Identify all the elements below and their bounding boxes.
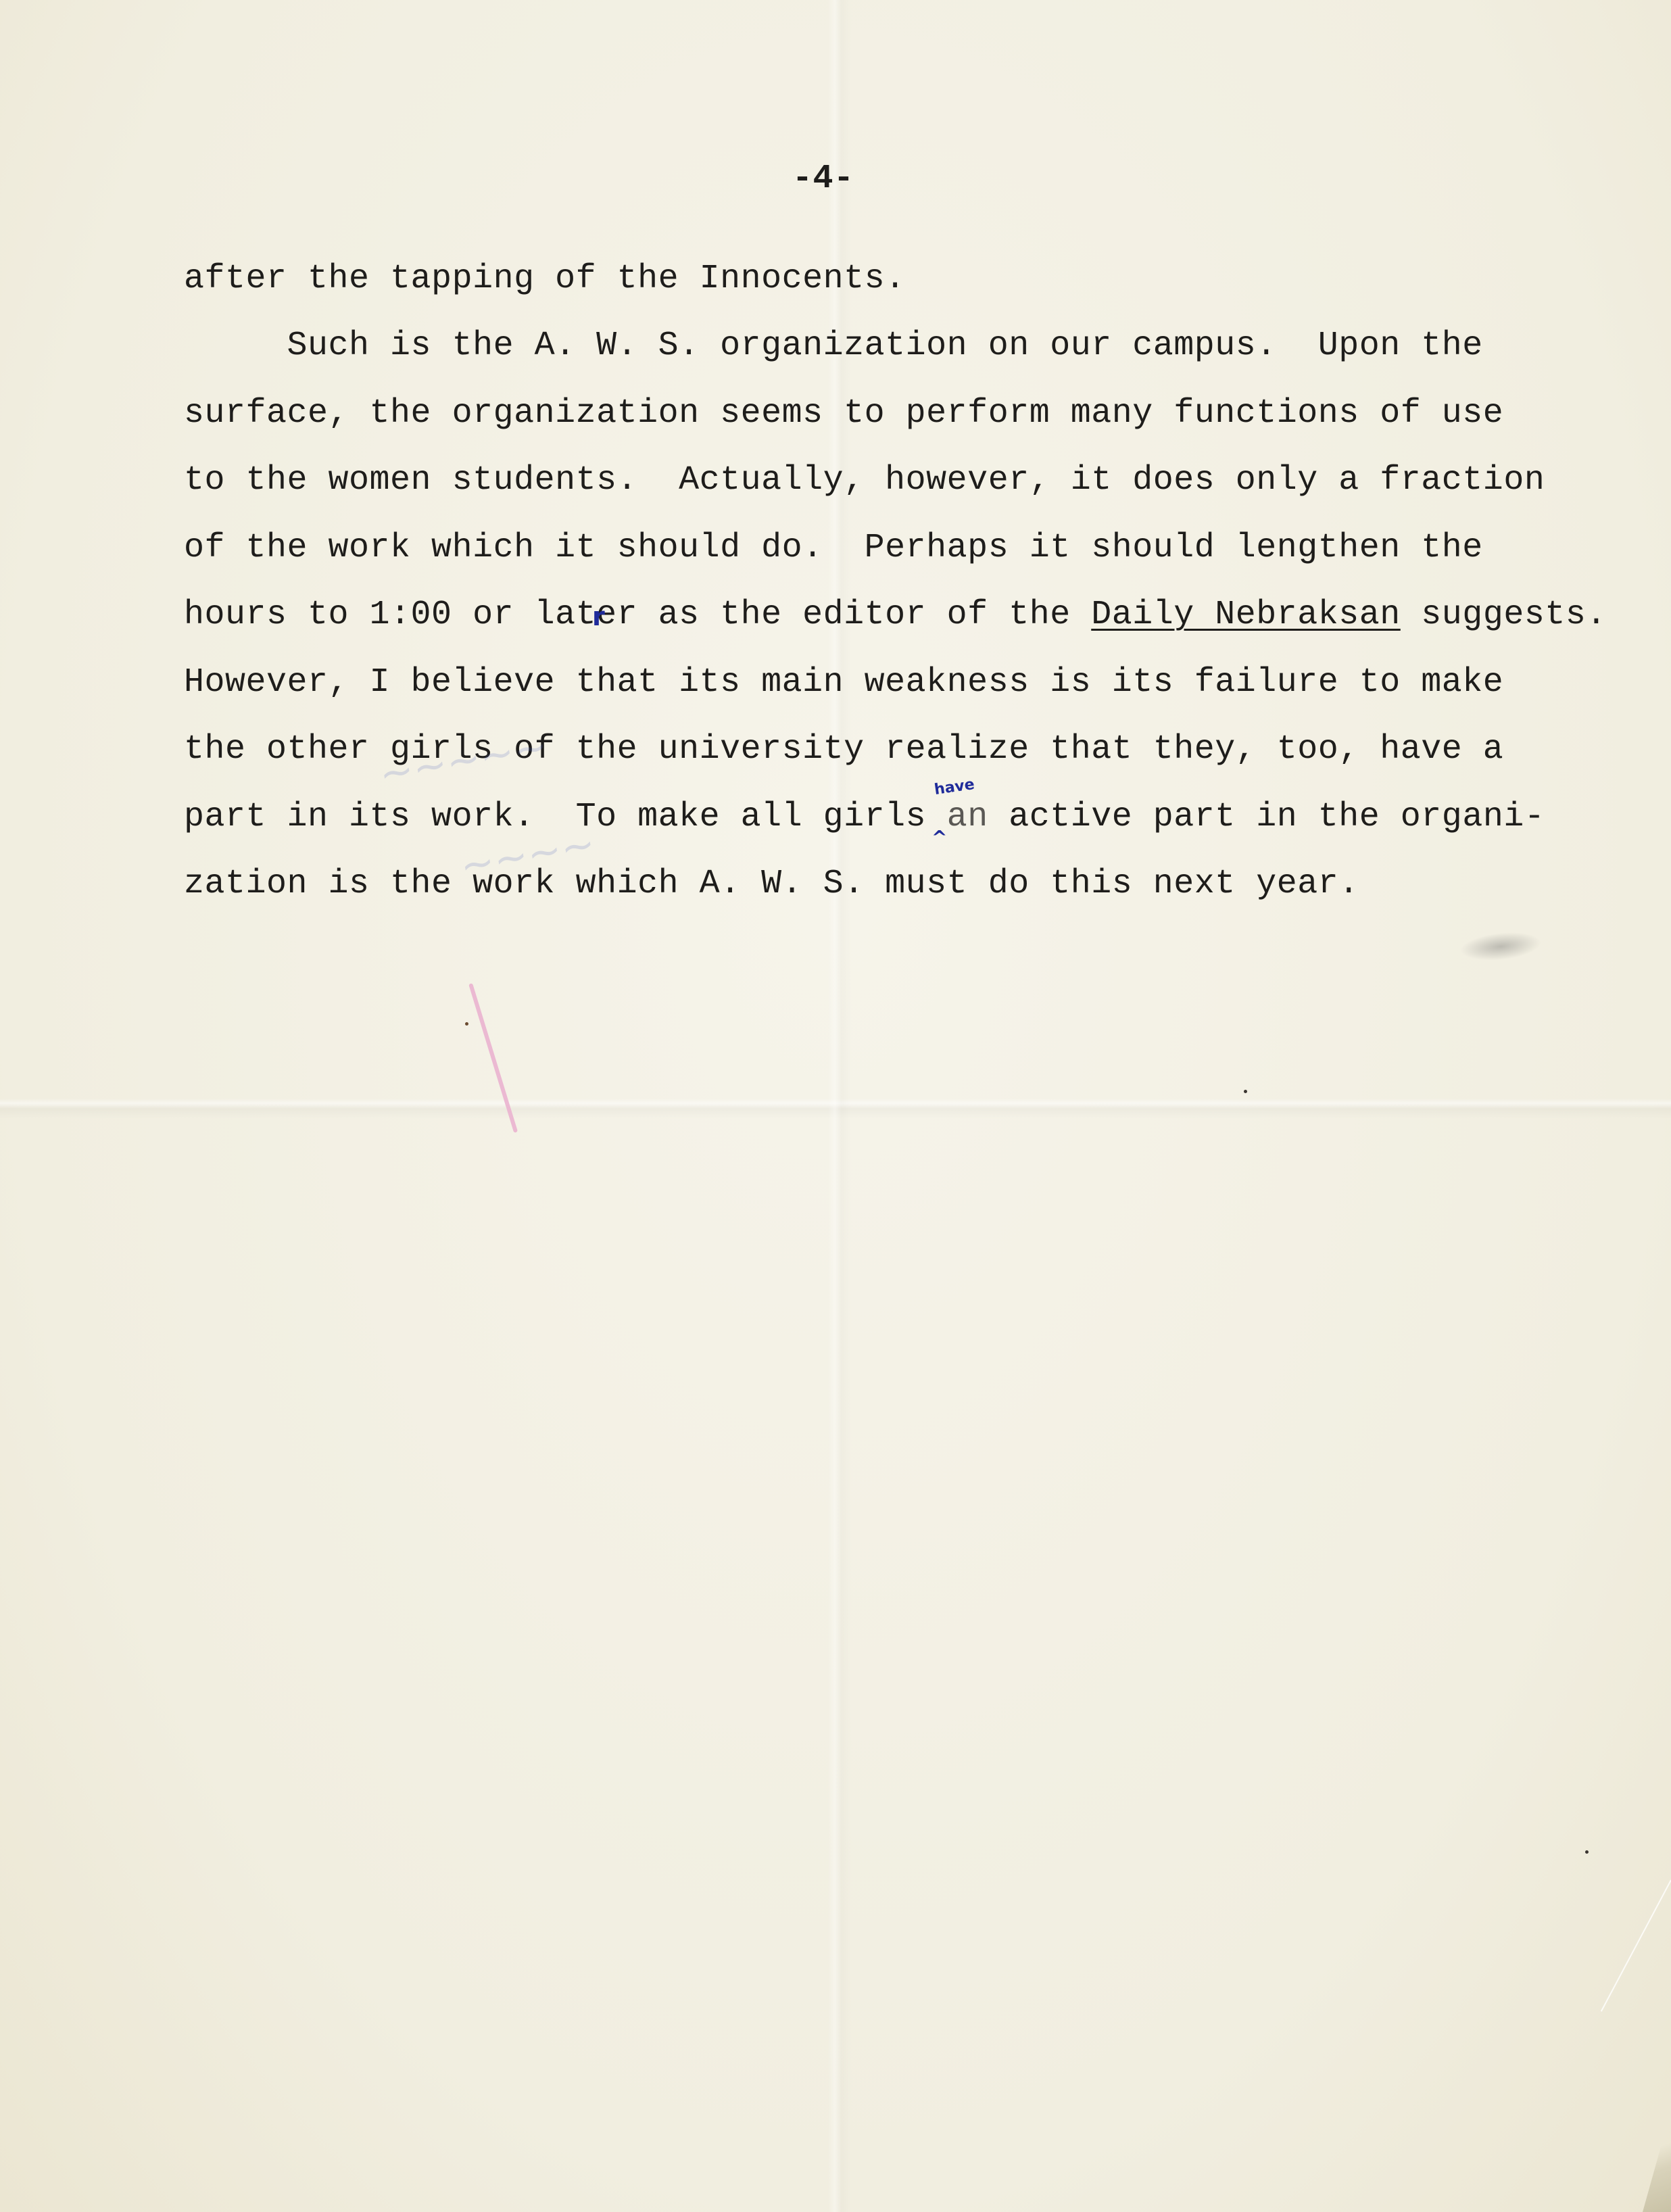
text-line-3: surface, the organization seems to perfo… [184, 397, 1503, 431]
struck-word: an [947, 798, 988, 836]
paper-speck [465, 1022, 468, 1026]
paper-speck [1244, 1090, 1247, 1093]
page-number: -4- [792, 162, 854, 196]
letter-page: -4- after the tapping of the Innocents. … [0, 0, 1671, 2212]
text-line-9: part in its work. To make all girls an a… [184, 800, 1545, 834]
corner-curl [1630, 2111, 1671, 2212]
pink-pencil-mark [468, 983, 518, 1133]
text-line-6: hours to 1:00 or later as the editor of … [184, 598, 1607, 632]
paper-speck [1585, 1850, 1589, 1854]
text-line-5: of the work which it should do. Perhaps … [184, 531, 1483, 565]
pencil-smudge [1459, 929, 1543, 964]
corner-fold-line [1601, 1880, 1671, 2012]
insert-caret-mark: ^ [931, 826, 947, 848]
text-line-2: Such is the A. W. S. organization on our… [184, 329, 1483, 363]
text-line-10: zation is the work which A. W. S. must d… [184, 867, 1359, 901]
text-line-1: after the tapping of the Innocents. [184, 262, 906, 296]
handwritten-insert-have: have [934, 776, 976, 798]
text-line-6-end: suggests. [1401, 596, 1607, 634]
text-line-7: However, I believe that its main weaknes… [184, 666, 1503, 700]
newspaper-title: Daily Nebraksan [1091, 596, 1401, 634]
text-line-9-end: active part in the organi- [988, 798, 1545, 836]
text-line-4: to the women students. Actually, however… [184, 464, 1545, 498]
text-line-6-start: hours to 1:00 or later as the editor of … [184, 596, 1091, 634]
handwritten-correction-r: r [592, 602, 605, 631]
